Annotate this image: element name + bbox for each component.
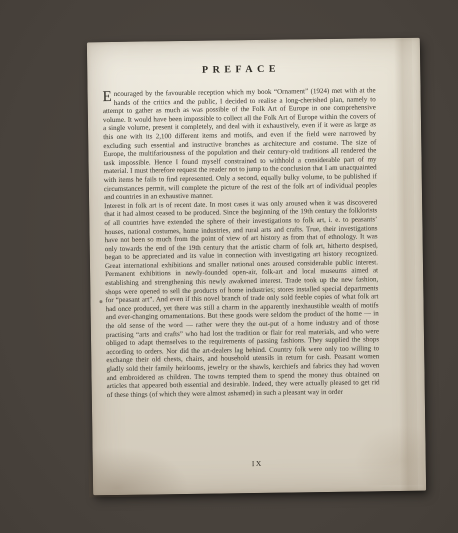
body-text: Encouraged by the favourable reception w… xyxy=(103,86,380,399)
paragraph-text: Interest in folk art is of recent date. … xyxy=(104,198,380,399)
paragraph: Encouraged by the favourable reception w… xyxy=(103,86,378,202)
paragraph: Interest in folk art is of recent date. … xyxy=(104,198,380,399)
book-page: PREFACE Encouraged by the favourable rec… xyxy=(87,38,426,496)
scanned-book-photo: PREFACE Encouraged by the favourable rec… xyxy=(0,0,458,533)
page-blemish xyxy=(99,300,102,303)
drop-cap: E xyxy=(103,90,114,104)
page-title: PREFACE xyxy=(102,62,375,77)
paragraph-text: ncouraged by the favourable reception wh… xyxy=(103,86,377,201)
page-crease xyxy=(394,38,418,491)
page-stain-bottom-left xyxy=(89,446,190,497)
page-stain-bottom-right xyxy=(353,425,424,486)
text-block: PREFACE Encouraged by the favourable rec… xyxy=(102,62,380,399)
